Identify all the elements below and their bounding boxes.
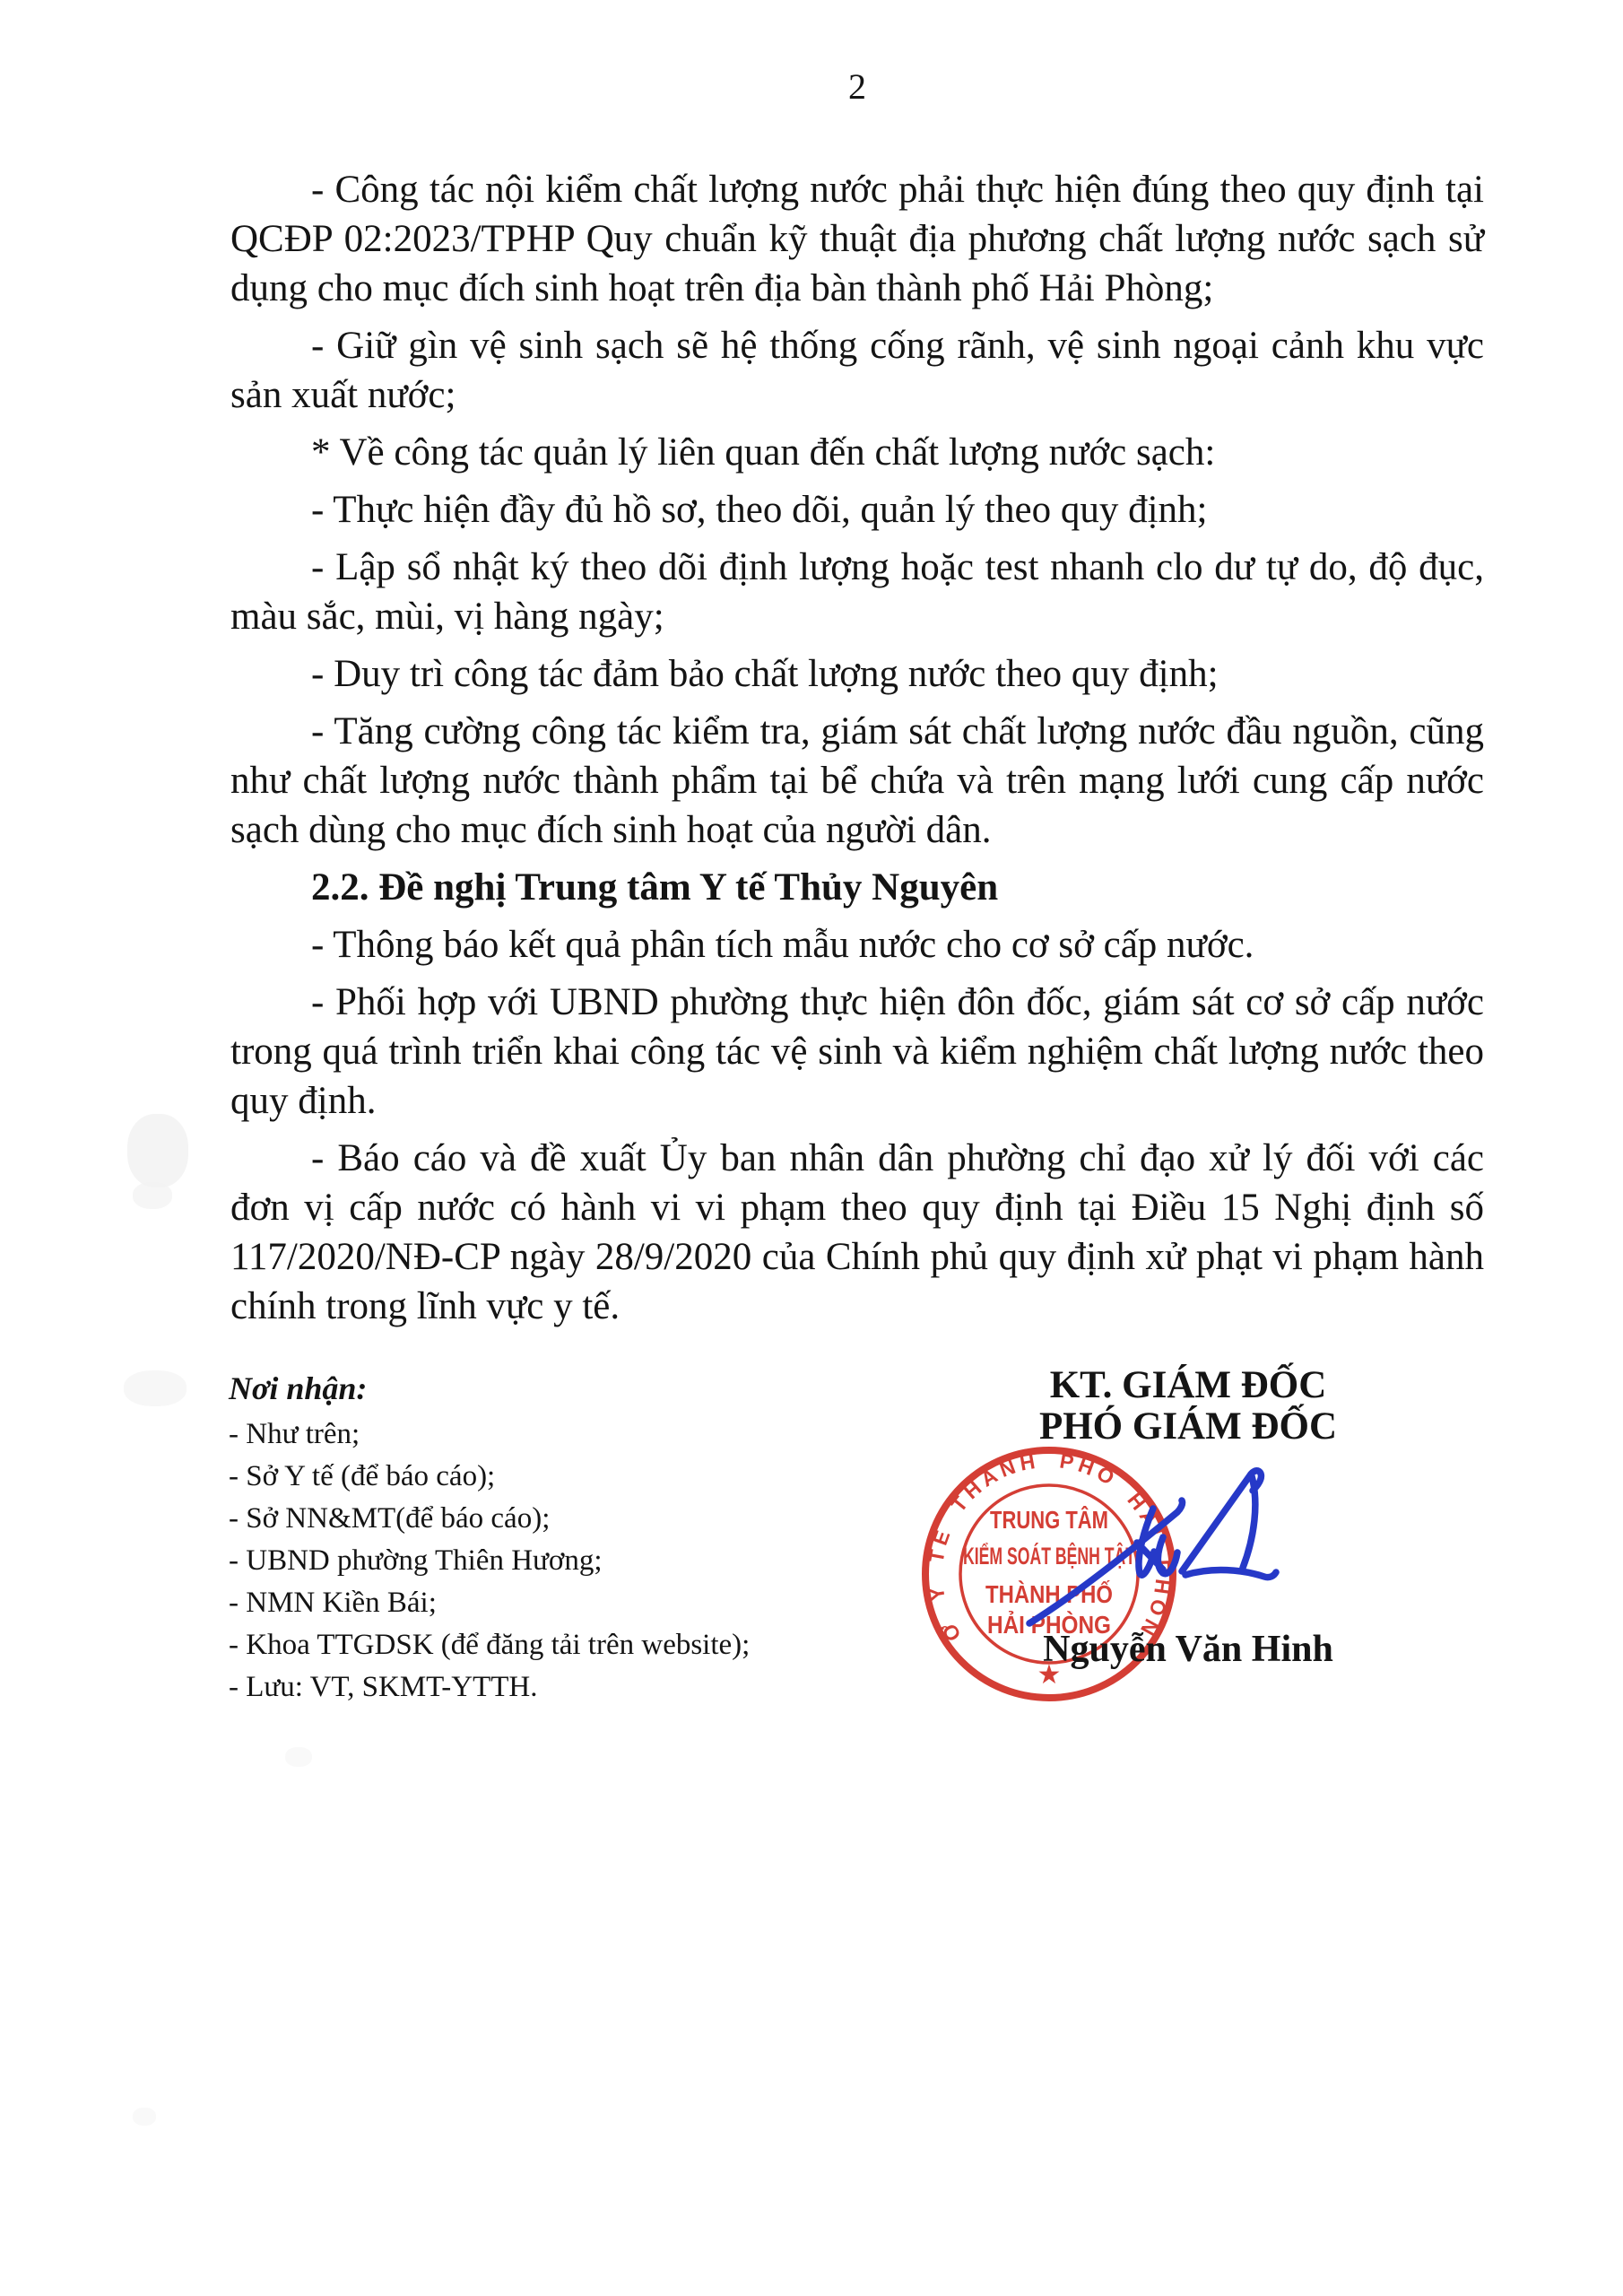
- recipient-item: - Lưu: VT, SKMT-YTTH.: [229, 1666, 856, 1709]
- recipient-item: - Sở Y tế (để báo cáo);: [229, 1456, 856, 1498]
- scan-artifact: [133, 1182, 172, 1209]
- body-paragraph: 2.2. Đề nghị Trung tâm Y tế Thủy Nguyên: [230, 855, 1484, 912]
- body-paragraph: - Báo cáo và đề xuất Ủy ban nhân dân phư…: [230, 1126, 1484, 1331]
- recipients-block: Nơi nhận: - Như trên;- Sở Y tế (để báo c…: [229, 1370, 856, 1709]
- recipient-item: - Khoa TTGDSK (để đăng tải trên website)…: [229, 1624, 856, 1666]
- document-page: 2 - Công tác nội kiểm chất lượng nước ph…: [0, 0, 1623, 2296]
- body-paragraph: - Duy trì công tác đảm bảo chất lượng nư…: [230, 641, 1484, 699]
- scan-artifact: [133, 2108, 156, 2126]
- signature-stroke: [1029, 1471, 1276, 1623]
- page-number: 2: [230, 63, 1484, 111]
- scan-artifact: [124, 1370, 187, 1406]
- body-paragraph: - Tăng cường công tác kiểm tra, giám sát…: [230, 699, 1484, 855]
- recipient-item: - Sở NN&MT(để báo cáo);: [229, 1498, 856, 1540]
- document-body: - Công tác nội kiểm chất lượng nước phải…: [230, 157, 1484, 1331]
- scan-artifact: [127, 1114, 188, 1187]
- recipient-item: - Như trên;: [229, 1413, 856, 1456]
- body-paragraph: - Công tác nội kiểm chất lượng nước phải…: [230, 157, 1484, 313]
- recipients-label: Nơi nhận:: [229, 1370, 856, 1406]
- scan-artifact: [285, 1747, 312, 1767]
- body-paragraph: * Về công tác quản lý liên quan đến chất…: [230, 420, 1484, 477]
- body-paragraph: - Giữ gìn vệ sinh sạch sẽ hệ thống cống …: [230, 313, 1484, 420]
- body-paragraph: - Thông báo kết quả phân tích mẫu nước c…: [230, 912, 1484, 970]
- signer-role-line1: KT. GIÁM ĐỐC: [964, 1365, 1412, 1406]
- body-paragraph: - Lập sổ nhật ký theo dõi định lượng hoặ…: [230, 535, 1484, 641]
- body-paragraph: - Thực hiện đầy đủ hồ sơ, theo dõi, quản…: [230, 477, 1484, 535]
- recipient-item: - NMN Kiền Bái;: [229, 1582, 856, 1624]
- body-paragraph: - Phối hợp với UBND phường thực hiện đôn…: [230, 970, 1484, 1126]
- handwritten-signature: [986, 1433, 1399, 1657]
- recipient-item: - UBND phường Thiên Hương;: [229, 1540, 856, 1582]
- recipients-list: - Như trên;- Sở Y tế (để báo cáo);- Sở N…: [229, 1413, 856, 1709]
